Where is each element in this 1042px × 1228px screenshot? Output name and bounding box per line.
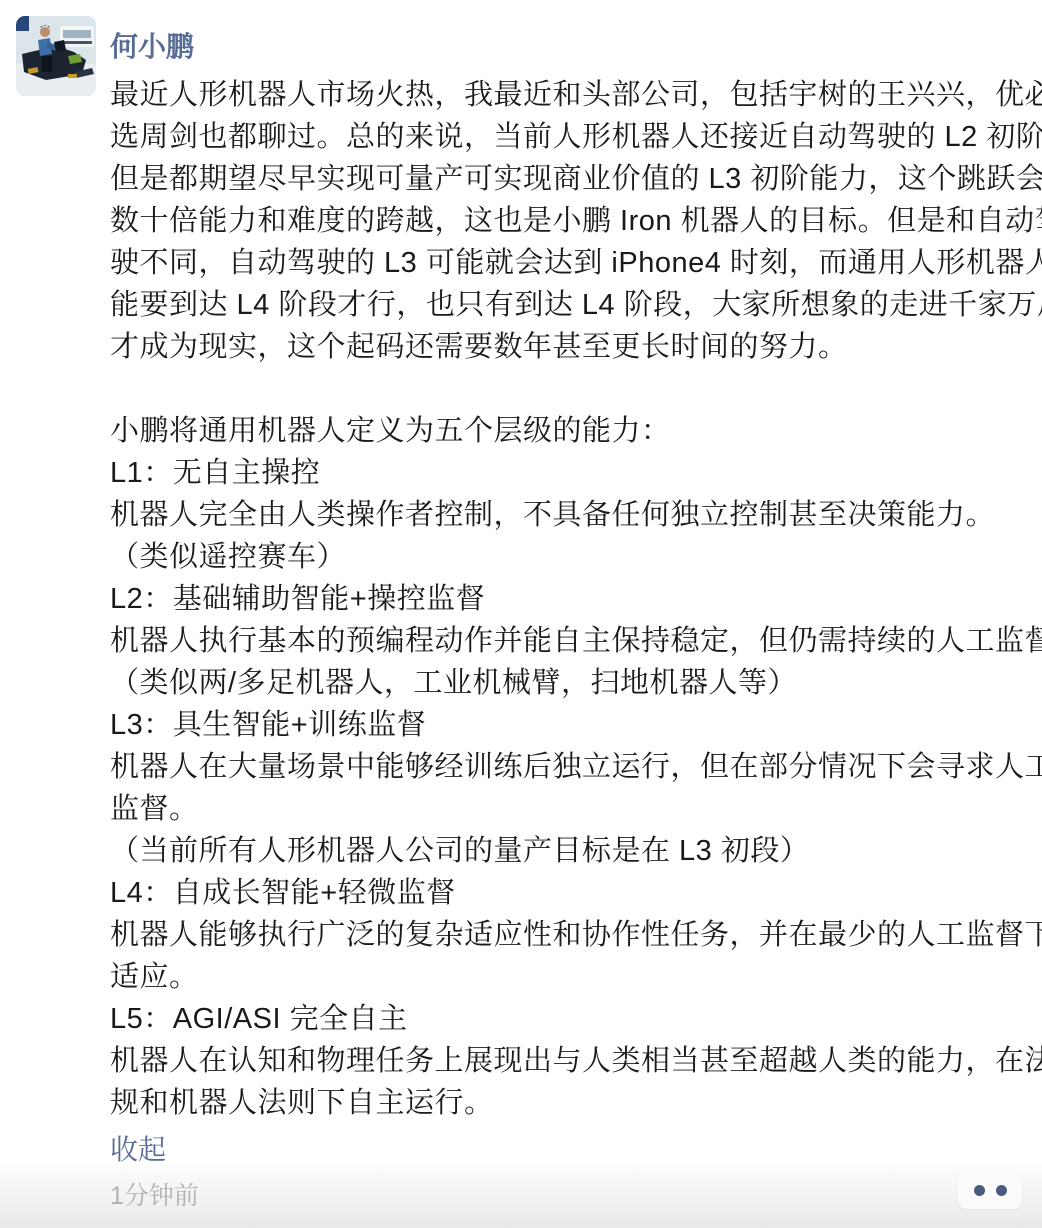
post-content: 最近人形机器人市场火热，我最近和头部公司，包括宇树的王兴兴，优必选周剑也都聊过。… (110, 74, 1042, 1124)
post-line: 选周剑也都聊过。总的来说，当前人形机器人还接近自动驾驶的 L2 初阶， (110, 116, 1042, 158)
more-dot-icon (996, 1185, 1007, 1196)
snowmobile-photo-icon (16, 16, 96, 96)
post-line: L1：无自主操控 (110, 452, 1042, 494)
post-footer: 1分钟前 (0, 1164, 1042, 1228)
post-line: 驶不同，自动驾驶的 L3 可能就会达到 iPhone4 时刻，而通用人形机器人可 (110, 242, 1042, 284)
timestamp: 1分钟前 (110, 1176, 199, 1212)
post-line: 机器人在大量场景中能够经训练后独立运行，但在部分情况下会寻求人工 (110, 746, 1042, 788)
post-line: （类似两/多足机器人，工业机械臂，扫地机器人等） (110, 662, 1042, 704)
post-line: L3：具生智能+训练监督 (110, 704, 1042, 746)
avatar[interactable] (16, 16, 96, 96)
collapse-link[interactable]: 收起 (110, 1128, 166, 1168)
post-line: （当前所有人形机器人公司的量产目标是在 L3 初段） (110, 830, 1042, 872)
moments-post: 何小鹏 最近人形机器人市场火热，我最近和头部公司，包括宇树的王兴兴，优必选周剑也… (0, 0, 1042, 1228)
post-line: 机器人完全由人类操作者控制，不具备任何独立控制甚至决策能力。 (110, 494, 1042, 536)
more-dot-icon (974, 1185, 985, 1196)
post-line: 适应。 (110, 956, 1042, 998)
post-line: 能要到达 L4 阶段才行，也只有到达 L4 阶段，大家所想象的走进千家万户 (110, 284, 1042, 326)
post-line: 机器人能够执行广泛的复杂适应性和协作性任务，并在最少的人工监督下 (110, 914, 1042, 956)
post-line: L2：基础辅助智能+操控监督 (110, 578, 1042, 620)
post-line: 数十倍能力和难度的跨越，这也是小鹏 Iron 机器人的目标。但是和自动驾 (110, 200, 1042, 242)
author-name[interactable]: 何小鹏 (110, 25, 194, 65)
post-line: 机器人执行基本的预编程动作并能自主保持稳定，但仍需持续的人工监督。 (110, 620, 1042, 662)
post-line: 最近人形机器人市场火热，我最近和头部公司，包括宇树的王兴兴，优必 (110, 74, 1042, 116)
post-line (110, 368, 1042, 410)
post-line: 才成为现实，这个起码还需要数年甚至更长时间的努力。 (110, 326, 1042, 368)
post-line: L4：自成长智能+轻微监督 (110, 872, 1042, 914)
post-line: L5：AGI/ASI 完全自主 (110, 998, 1042, 1040)
post-line: 但是都期望尽早实现可量产可实现商业价值的 L3 初阶能力，这个跳跃会是 (110, 158, 1042, 200)
post-line: （类似遥控赛车） (110, 536, 1042, 578)
more-button[interactable] (958, 1171, 1022, 1209)
post-line: 小鹏将通用机器人定义为五个层级的能力： (110, 410, 1042, 452)
post-line: 监督。 (110, 788, 1042, 830)
post-line: 机器人在认知和物理任务上展现出与人类相当甚至超越人类的能力，在法 (110, 1040, 1042, 1082)
post-line: 规和机器人法则下自主运行。 (110, 1082, 1042, 1124)
